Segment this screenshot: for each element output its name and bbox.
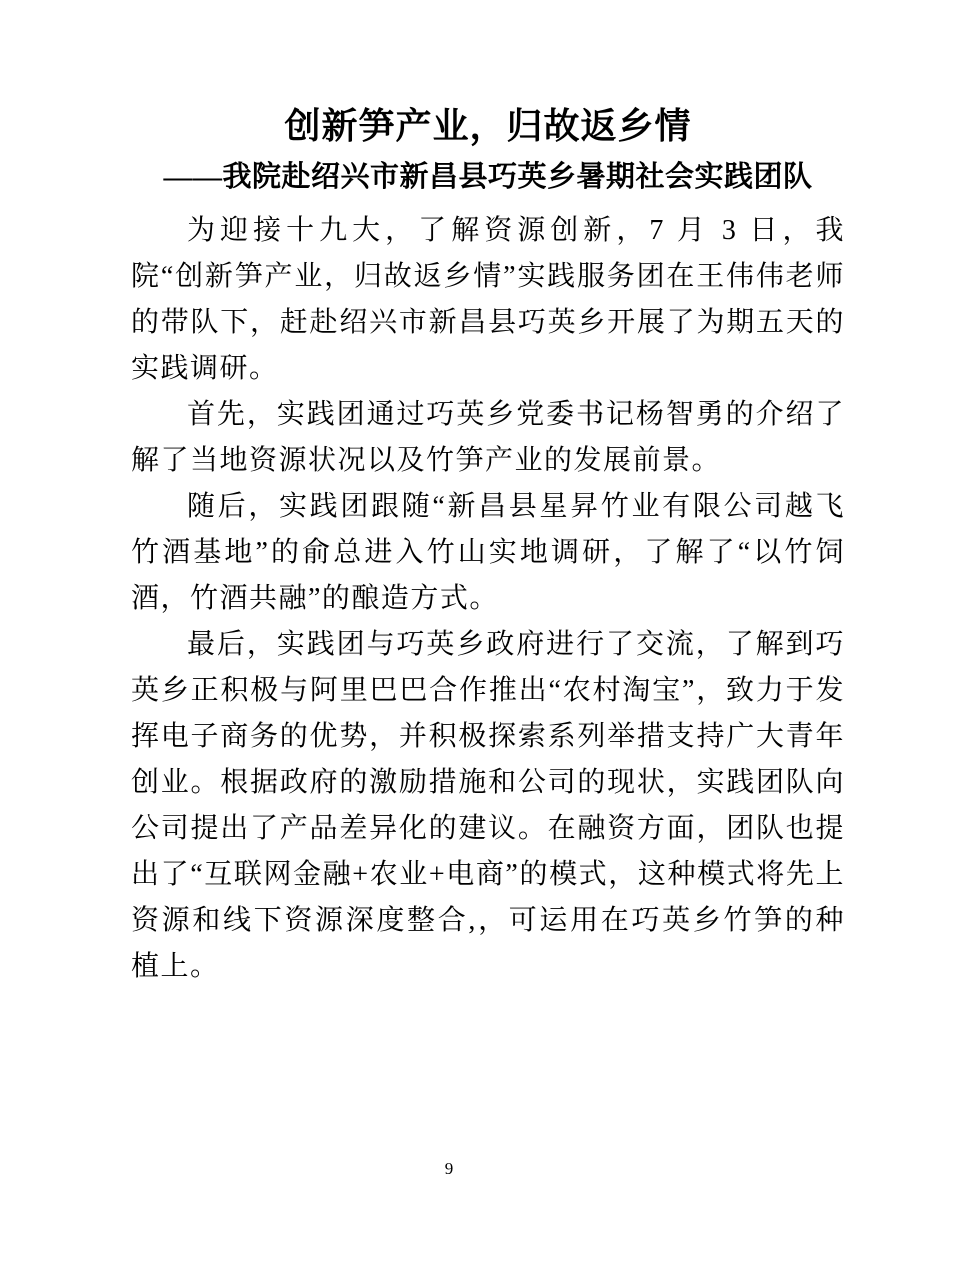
paragraph: 最后，实践团与巧英乡政府进行了交流，了解到巧英乡正积极与阿里巴巴合作推出“农村淘… [131,622,845,990]
document-subtitle: ——我院赴绍兴市新昌县巧英乡暑期社会实践团队 [131,156,845,198]
page-number: 9 [0,1158,974,1180]
paragraph: 首先，实践团通过巧英乡党委书记杨智勇的介绍了解了当地资源状况以及竹笋产业的发展前… [131,392,845,484]
document-content: 创新笋产业，归故返乡情 ——我院赴绍兴市新昌县巧英乡暑期社会实践团队 为迎接十九… [0,0,974,990]
paragraph: 随后，实践团跟随“新昌县星昇竹业有限公司越飞竹酒基地”的俞总进入竹山实地调研，了… [131,484,845,622]
paragraph: 为迎接十九大，了解资源创新，7 月 3 日，我院“创新笋产业，归故返乡情”实践服… [131,208,845,392]
document-title: 创新笋产业，归故返乡情 [131,104,845,148]
document-page: 创新笋产业，归故返乡情 ——我院赴绍兴市新昌县巧英乡暑期社会实践团队 为迎接十九… [0,0,974,1282]
document-body: 为迎接十九大，了解资源创新，7 月 3 日，我院“创新笋产业，归故返乡情”实践服… [131,208,845,990]
page-number-value: 9 [445,1159,454,1178]
